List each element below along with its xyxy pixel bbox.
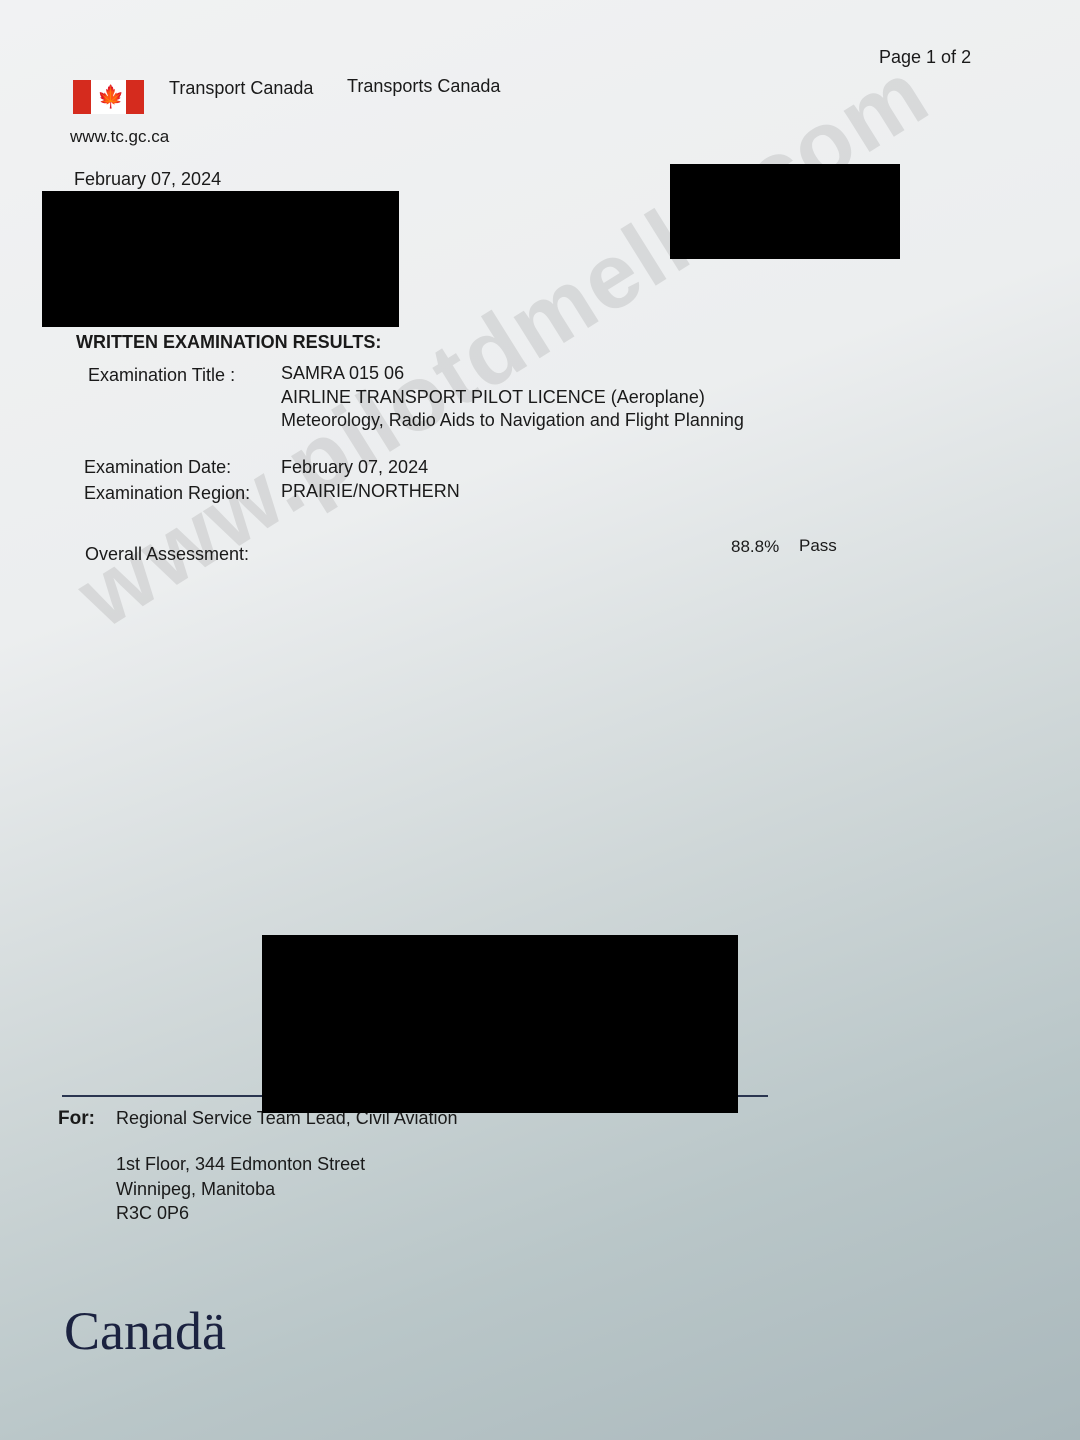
- exam-date-label: Examination Date:: [84, 457, 231, 478]
- canada-wordmark: Canadä: [64, 1300, 226, 1362]
- exam-title-label: Examination Title :: [88, 365, 235, 386]
- score-value: 88.8%: [731, 537, 779, 557]
- exam-region-label: Examination Region:: [84, 483, 250, 504]
- result-status: Pass: [799, 536, 837, 556]
- dept-name-fr: Transports Canada: [347, 76, 500, 97]
- letter-date: February 07, 2024: [74, 169, 221, 190]
- redaction-signature-overlay: [262, 1080, 738, 1113]
- for-label: For:: [58, 1108, 95, 1130]
- exam-title-code: SAMRA 015 06: [281, 363, 404, 384]
- exam-title-licence: AIRLINE TRANSPORT PILOT LICENCE (Aeropla…: [281, 387, 705, 408]
- dept-name-en: Transport Canada: [169, 78, 313, 99]
- address-line-1: 1st Floor, 344 Edmonton Street: [116, 1154, 365, 1175]
- exam-title-subject: Meteorology, Radio Aids to Navigation an…: [281, 410, 744, 431]
- overall-assessment-label: Overall Assessment:: [85, 544, 249, 565]
- canada-flag-icon: 🍁: [73, 80, 144, 114]
- exam-date-value: February 07, 2024: [281, 457, 428, 478]
- results-heading: WRITTEN EXAMINATION RESULTS:: [76, 332, 381, 353]
- redaction-reference: [670, 164, 900, 259]
- redaction-recipient: [42, 191, 399, 327]
- website-link[interactable]: www.tc.gc.ca: [70, 127, 169, 147]
- page-indicator: Page 1 of 2: [879, 47, 971, 68]
- address-line-2: Winnipeg, Manitoba: [116, 1179, 275, 1200]
- address-line-3: R3C 0P6: [116, 1203, 189, 1224]
- exam-region-value: PRAIRIE/NORTHERN: [281, 481, 460, 502]
